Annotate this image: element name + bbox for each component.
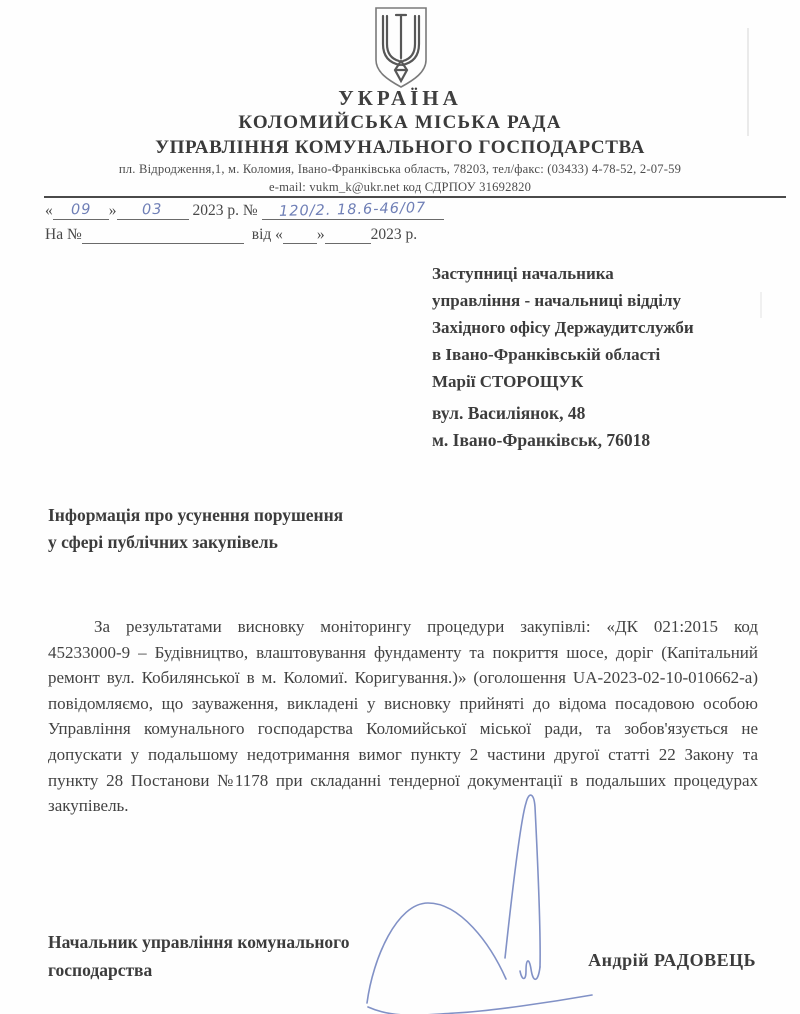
year-number-label: 2023 р. №	[193, 202, 258, 220]
org-email-edrpou: e-mail: vukm_k@ukr.net код СДРПОУ 316928…	[0, 180, 800, 195]
header-divider	[44, 196, 786, 198]
ukraine-trident-icon	[371, 6, 431, 90]
day-blank: 09	[53, 201, 109, 220]
recipient-line: Західного офісу Держаудитслужби	[432, 314, 694, 341]
reply-month-blank	[325, 225, 371, 244]
handwritten-doc-number: 120/2. 18.6-46/07	[279, 199, 427, 221]
reply-close-quote: »	[317, 226, 325, 244]
body-paragraph: За результатами висновку моніторингу про…	[48, 614, 758, 819]
recipient-line: в Івано-Франківській області	[432, 341, 694, 368]
org-name-city-council: КОЛОМИЙСЬКА МІСЬКА РАДА	[0, 112, 800, 134]
reply-day-blank	[283, 225, 317, 244]
org-name-department: УПРАВЛІННЯ КОМУНАЛЬНОГО ГОСПОДАРСТВА	[0, 137, 800, 159]
doc-number-blank: 120/2. 18.6-46/07	[262, 201, 444, 220]
scan-crease-line	[760, 292, 762, 318]
reply-year-label: 2023 р.	[371, 226, 418, 244]
recipient-name: Марії СТОРОЩУК	[432, 368, 694, 395]
subject-line: Інформація про усунення порушення	[48, 502, 343, 529]
recipient-line: управління - начальниці відділу	[432, 287, 694, 314]
reply-prefix: На №	[45, 226, 82, 244]
signer-title-line: господарства	[48, 956, 349, 984]
signer-title-block: Начальник управління комунального господ…	[48, 928, 349, 984]
recipient-street: вул. Василіянок, 48	[432, 400, 650, 427]
incoming-reference-line: На № від « » 2023 р.	[45, 225, 417, 244]
subject-block: Інформація про усунення порушення у сфер…	[48, 502, 343, 556]
signer-name: Андрій РАДОВЕЦЬ	[588, 950, 756, 971]
recipient-city: м. Івано-Франківськ, 76018	[432, 427, 650, 454]
org-postal-address: пл. Відродження,1, м. Коломия, Івано-Фра…	[0, 162, 800, 177]
country-title: УКРАЇНА	[0, 86, 800, 111]
close-quote: »	[109, 202, 117, 220]
handwritten-day: 09	[70, 201, 91, 220]
open-quote: «	[45, 202, 53, 220]
reply-from-label: від «	[252, 226, 283, 244]
recipient-line: Заступниці начальника	[432, 260, 694, 287]
scanned-letter-page: УКРАЇНА КОЛОМИЙСЬКА МІСЬКА РАДА УПРАВЛІН…	[0, 0, 800, 1014]
recipient-address-block: вул. Василіянок, 48 м. Івано-Франківськ,…	[432, 400, 650, 454]
subject-line: у сфері публічних закупівель	[48, 529, 343, 556]
recipient-block: Заступниці начальника управління - начал…	[432, 260, 694, 395]
reply-number-blank	[82, 225, 244, 244]
scan-crease-line	[747, 28, 749, 136]
outgoing-date-number-line: « 09 » 03 2023 р. № 120/2. 18.6-46/07	[45, 201, 444, 220]
month-blank: 03	[117, 201, 189, 220]
signer-title-line: Начальник управління комунального	[48, 928, 349, 956]
handwritten-month: 03	[142, 201, 163, 220]
